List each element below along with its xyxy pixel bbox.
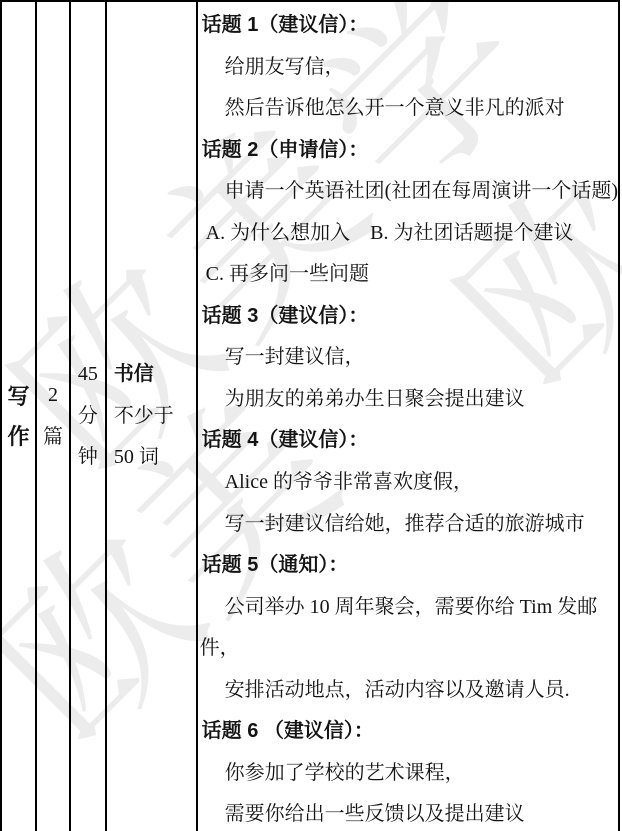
topic-line: 话题 6 （建议信）：: [198, 711, 618, 753]
duration-line: 45: [78, 354, 98, 396]
duration-line: 分: [78, 396, 98, 438]
topic-line: 写一封建议信给她，推荐合适的旅游城市: [198, 504, 618, 546]
topic-line: 需要你给出一些反馈以及提出建议: [198, 794, 618, 831]
format-line: 50 词: [114, 437, 159, 479]
topic-line: 话题 5（通知）：: [198, 545, 618, 587]
topic-line: 为朋友的弟弟办生日聚会提出建议: [198, 379, 618, 421]
topic-line: 你参加了学校的艺术课程，: [198, 753, 618, 795]
topic-line: 申请一个英语社团(社团在每周演讲一个话题): [198, 171, 618, 213]
topic-line: 话题 3（建议信）：: [198, 296, 618, 338]
format-title: 书信: [114, 354, 154, 396]
topic-line: 话题 2（申请信）：: [198, 130, 618, 172]
topic-line: 然后告诉他怎么开一个意义非凡的派对: [198, 88, 618, 130]
column-topics: 话题 1（建议信）：给朋友写信，然后告诉他怎么开一个意义非凡的派对话题 2（申请…: [198, 2, 620, 831]
topic-line: 话题 1（建议信）：: [198, 5, 618, 47]
topic-line: 话题 4（建议信）：: [198, 420, 618, 462]
topic-line: 给朋友写信，: [198, 47, 618, 89]
format-line: 不少于: [114, 396, 174, 438]
column-section: 写 作: [2, 2, 37, 831]
topic-line: C. 再多问一些问题: [198, 254, 618, 296]
column-count: 2 篇: [37, 2, 71, 831]
section-char: 作: [7, 417, 29, 457]
column-duration: 45 分 钟: [71, 2, 107, 831]
exam-writing-table: 写 作 2 篇 45 分 钟 书信 不少于 50 词 话题 1（建议信）：给朋友…: [0, 0, 620, 831]
count-line: 篇: [43, 417, 63, 459]
column-format: 书信 不少于 50 词: [107, 2, 198, 831]
topic-line: Alice 的爷爷非常喜欢度假，: [198, 462, 618, 504]
topic-line: 写一封建议信，: [198, 337, 618, 379]
duration-line: 钟: [78, 437, 98, 479]
topic-line: 安排活动地点，活动内容以及邀请人员.: [198, 670, 618, 712]
topic-line: 件，: [198, 628, 618, 670]
topic-line: A. 为什么想加入 B. 为社团话题提个建议: [198, 213, 618, 255]
section-char: 写: [7, 377, 29, 417]
count-line: 2: [48, 375, 58, 417]
topic-line: 公司举办 10 周年聚会，需要你给 Tim 发邮: [198, 587, 618, 629]
